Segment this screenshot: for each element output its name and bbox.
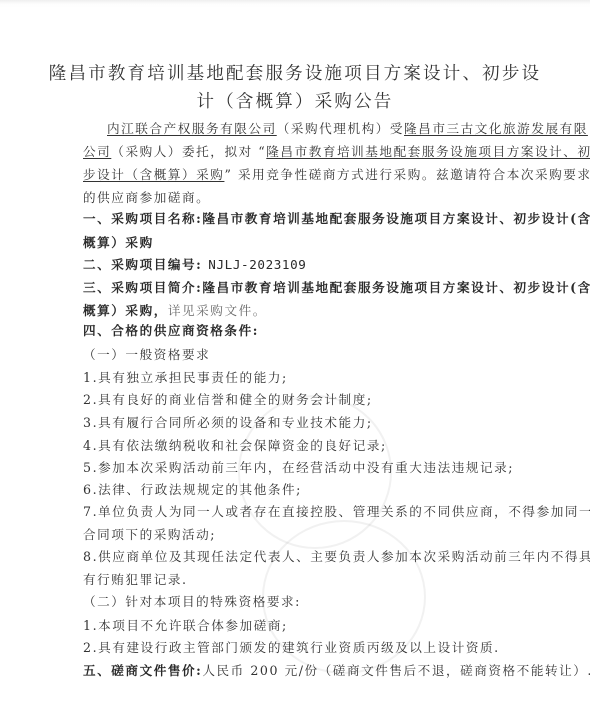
purchaser-name-part2: 公司 — [83, 144, 111, 159]
section-4-heading: 四、合格的供应商资格条件: — [83, 323, 259, 339]
general-item-7: 7.单位负责人为同一人或者存在直接控股、管理关系的不同供应商，不得参加同一 — [83, 504, 590, 520]
scanned-page: 隆昌市教育培训基地配套服务设施项目方案设计、初步设 计（含概算）采购公告 内江联… — [0, 0, 590, 701]
general-item-7-cont: 合同项下的采购活动; — [83, 527, 216, 543]
general-item-3: 3.具有履行合同所必须的设备和专业技术能力; — [83, 415, 373, 431]
intro-line-1: 内江联合产权服务有限公司（采购代理机构）受隆昌市三古文化旅游发展有限 — [107, 121, 588, 137]
section-1-project-name: 一、采购项目名称:隆昌市教育培训基地配套服务设施项目方案设计、初步设计(含 — [83, 211, 590, 227]
section-1-value: 隆昌市教育培训基地配套服务设施项目方案设计、初步设计(含 — [202, 211, 590, 226]
section-5-label: 五、磋商文件售价: — [83, 663, 202, 678]
purchaser-role: （采购人）委托，拟对 “ — [111, 144, 266, 159]
section-2-label: 二、采购项目编号: — [83, 257, 202, 272]
general-item-1: 1.具有独立承担民事责任的能力; — [83, 370, 288, 386]
purchaser-name-part1: 隆昌市三古文化旅游发展有限 — [404, 121, 588, 136]
section-1-label: 一、采购项目名称: — [83, 211, 202, 226]
intro-line-2: 公司（采购人）委托，拟对 “隆昌市教育培训基地配套服务设施项目方案设计、初 — [83, 144, 590, 160]
general-item-8-cont: 有行贿犯罪记录. — [83, 572, 188, 588]
general-requirements-heading: （一）一般资格要求 — [83, 347, 210, 363]
project-name-part2: 步设计（含概算）采购 — [83, 167, 224, 182]
section-3-label: 三、采购项目简介: — [83, 280, 202, 295]
general-item-2: 2.具有良好的商业信誉和健全的财务会计制度; — [83, 392, 373, 408]
intro-line-4: 的供应商参加磋商。 — [83, 190, 210, 206]
section-5-value: 人民币 200 元/份（磋商文件售后不退，磋商资格不能转让）. — [202, 663, 590, 678]
section-1-value-cont: 概算）采购 — [83, 235, 154, 251]
intro-method-text: ” 采用竞争性磋商方式进行采购。兹邀请符合本次采购要求 — [224, 167, 590, 182]
section-3-value-cont: 概算）采购，详见采购文件。 — [83, 303, 267, 319]
project-number: NJLJ-2023109 — [208, 257, 306, 272]
document-title-line2: 计（含概算）采购公告 — [0, 88, 590, 113]
intro-line-3: 步设计（含概算）采购” 采用竞争性磋商方式进行采购。兹邀请符合本次采购要求 — [83, 167, 590, 183]
general-item-6: 6.法律、行政法规规定的其他条件; — [83, 482, 302, 498]
special-item-1: 1.本项目不允许联合体参加磋商; — [83, 618, 288, 634]
agency-name: 内江联合产权服务有限公司 — [107, 121, 277, 136]
document-title-line1: 隆昌市教育培训基地配套服务设施项目方案设计、初步设 — [0, 60, 590, 85]
section-3-value: 隆昌市教育培训基地配套服务设施项目方案设计、初步设计(含 — [202, 280, 590, 295]
general-item-8: 8.供应商单位及其现任法定代表人、主要负责人参加本次采购活动前三年内不得具 — [83, 549, 590, 565]
section-3-project-summary: 三、采购项目简介:隆昌市教育培训基地配套服务设施项目方案设计、初步设计(含 — [83, 280, 590, 296]
general-item-5: 5.参加本次采购活动前三年内，在经营活动中没有重大违法违规记录; — [83, 460, 514, 476]
agency-role: （采购代理机构）受 — [277, 121, 404, 136]
section-3-value-cont-a: 概算）采购， — [83, 303, 168, 318]
section-2-project-number: 二、采购项目编号: NJLJ-2023109 — [83, 257, 306, 273]
section-3-see-docs: 详见采购文件。 — [168, 303, 267, 318]
special-requirements-heading: （二）针对本项目的特殊资格要求: — [83, 594, 301, 610]
project-name-part1: 隆昌市教育培训基地配套服务设施项目方案设计、初 — [266, 144, 590, 159]
special-item-2: 2.具有建设行政主管部门颁发的建筑行业资质丙级及以上设计资质. — [83, 640, 500, 656]
section-5-document-price: 五、磋商文件售价:人民币 200 元/份（磋商文件售后不退，磋商资格不能转让）. — [83, 663, 590, 679]
general-item-4: 4.具有依法缴纳税收和社会保障资金的良好记录; — [83, 438, 387, 454]
